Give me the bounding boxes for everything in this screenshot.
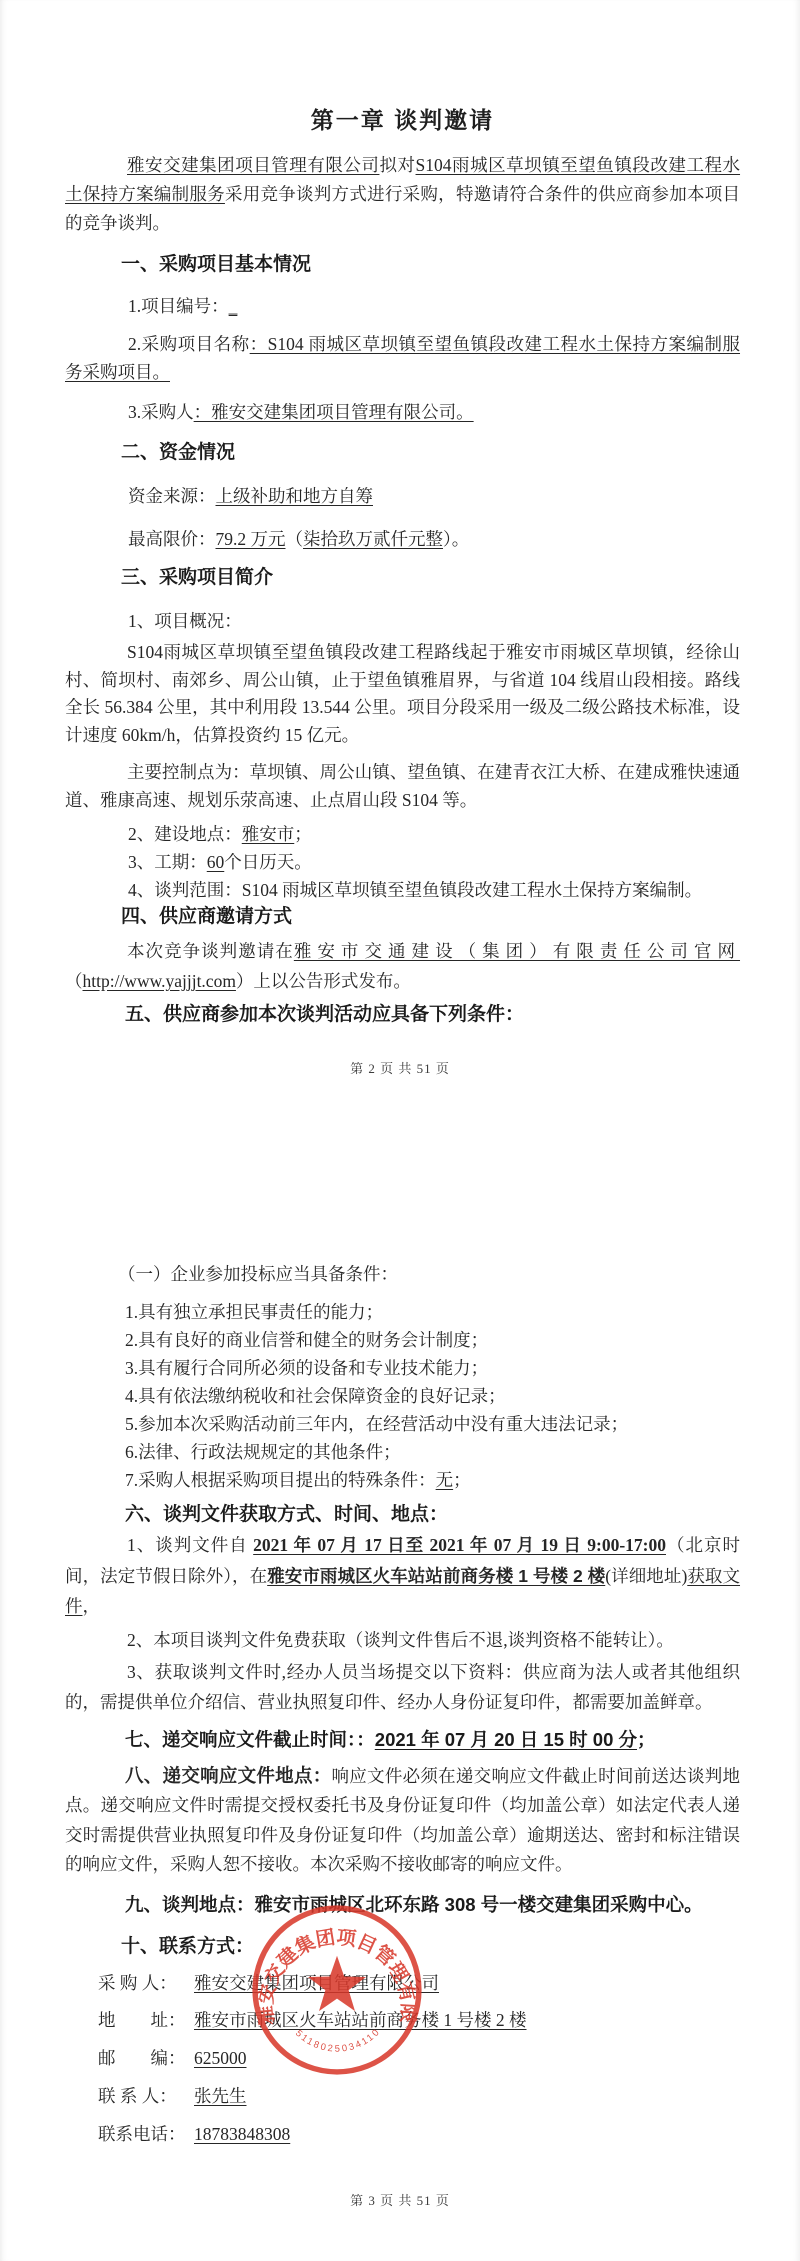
project-overview-paragraph: S104雨城区草坝镇至望鱼镇段改建工程路线起于雅安市雨城区草坝镇，经徐山村、简坝… [65, 639, 740, 749]
build-location-line: 2、建设地点：雅安市； [65, 820, 740, 848]
qualification-item-1: 1.具有独立承担民事责任的能力； [65, 1298, 740, 1326]
document-free-line: 2、本项目谈判文件免费获取（谈判文件售后不退,谈判资格不能转让）。 [65, 1626, 740, 1655]
document-page: 第一章 谈判邀请 雅安交建集团项目管理有限公司拟对S104雨城区草坝镇至望鱼镇段… [0, 0, 800, 2261]
section-7-heading: 七、递交响应文件截止时间：：2021 年 07 月 20 日 15 时 00 分… [65, 1727, 740, 1753]
page-2-footer: 第 2 页 共 51 页 [0, 1058, 800, 1077]
build-location-value: 雅安市 [242, 824, 295, 844]
price-limit-line: 最高限价：79.2 万元（柒拾玖万贰仟元整）。 [65, 525, 740, 553]
qualification-item-4: 4.具有依法缴纳税收和社会保障资金的良好记录； [65, 1382, 740, 1410]
qualification-item-7: 7.采购人根据采购项目提出的特殊条件：无； [65, 1466, 740, 1494]
section-9-heading: 九、谈判地点：雅安市雨城区北环东路 308 号一楼交建集团采购中心。 [65, 1892, 740, 1918]
contact-row-purchaser: 采 购 人：雅安交建集团项目管理有限公司 [98, 1970, 740, 1997]
purchaser-name: 雅安交建集团项目管理有限公司 [127, 155, 379, 175]
contact-person-value: 张先生 [194, 2086, 247, 2106]
price-limit-value: 79.2 万元 [216, 529, 286, 549]
project-number-line: 1.项目编号：_ [65, 292, 740, 320]
duration-value: 60 [207, 852, 225, 872]
special-condition-value: 无 [436, 1470, 454, 1490]
section-10-heading: 十、联系方式： [65, 1934, 740, 1960]
document-obtain-time-line: 1、谈判文件自 2021 年 07 月 17 日至 2021 年 07 月 19… [65, 1530, 740, 1622]
contact-address-value: 雅安市雨城区火车站站前商务楼 1 号楼 2 楼 [194, 2010, 527, 2030]
official-site-url: http://www.yajjjt.com [83, 971, 236, 991]
project-overview-label: 1、项目概况： [65, 607, 740, 635]
section-8-heading: 八、递交响应文件地点： [125, 1765, 332, 1786]
price-limit-chinese: 柒拾玖万贰仟元整 [303, 529, 443, 549]
negotiation-scope-line: 4、谈判范围：S104 雨城区草坝镇至望鱼镇段改建工程水土保持方案编制。 [65, 876, 740, 904]
chapter-title: 第一章 谈判邀请 [65, 102, 740, 135]
contact-phone-value: 18783848308 [194, 2124, 290, 2144]
contact-row-zipcode: 邮 编：625000 [98, 2045, 740, 2072]
deadline-value: 2021 年 07 月 20 日 15 时 00 分 [375, 1729, 637, 1750]
fund-source-line: 资金来源：上级补助和地方自筹 [65, 482, 740, 510]
contact-zipcode-value: 625000 [194, 2048, 247, 2068]
document-materials-line: 3、获取谈判文件时,经办人员当场提交以下资料：供应商为法人或者其他组织的，需提供… [65, 1657, 740, 1717]
project-number-value: _ [229, 296, 238, 316]
qualification-item-2: 2.具有良好的商业信誉和健全的财务会计制度； [65, 1326, 740, 1354]
section-2-heading: 二、资金情况 [65, 440, 740, 466]
section-8-paragraph: 八、递交响应文件地点：响应文件必须在递交响应文件截止时间前送达谈判地点。递交响应… [65, 1761, 740, 1880]
contact-row-phone: 联系电话：18783848308 [98, 2121, 740, 2148]
section-5-heading: 五、供应商参加本次谈判活动应具备下列条件： [65, 1002, 740, 1028]
project-name-line: 2.采购项目名称：S104 雨城区草坝镇至望鱼镇段改建工程水土保持方案编制服务采… [65, 330, 740, 386]
qualification-item-3: 3.具有履行合同所必须的设备和专业技术能力； [65, 1354, 740, 1382]
qualification-item-6: 6.法律、行政法规规定的其他条件； [65, 1438, 740, 1466]
obtain-address: 雅安市雨城区火车站站前商务楼 1 号楼 2 楼 [267, 1566, 605, 1586]
purchaser-line: 3.采购人：雅安交建集团项目管理有限公司。 [65, 398, 740, 426]
control-points-paragraph: 主要控制点为：草坝镇、周公山镇、望鱼镇、在建青衣江大桥、在建成雅快速通道、雅康高… [65, 759, 740, 814]
intro-paragraph: 雅安交建集团项目管理有限公司拟对S104雨城区草坝镇至望鱼镇段改建工程水土保持方… [65, 151, 740, 238]
page-3-footer: 第 3 页 共 51 页 [0, 2190, 800, 2209]
negotiation-place-value: 雅安市雨城区北环东路 308 号一楼交建集团采购中心。 [255, 1894, 703, 1915]
obtain-date-range: 2021 年 07 月 17 日至 2021 年 07 月 19 日 9:00-… [253, 1535, 666, 1555]
section-3-heading: 三、采购项目简介 [65, 565, 740, 591]
qualification-item-5: 5.参加本次采购活动前三年内，在经营活动中没有重大违法记录； [65, 1410, 740, 1438]
section-1-heading: 一、采购项目基本情况 [65, 252, 740, 278]
contact-row-address: 地 址：雅安市雨城区火车站站前商务楼 1 号楼 2 楼 [98, 2007, 740, 2034]
duration-line: 3、工期：60个日历天。 [65, 848, 740, 876]
purchaser-value: ：雅安交建集团项目管理有限公司。 [194, 402, 474, 422]
invitation-method-paragraph: 本次竞争谈判邀请在雅安市交通建设（集团）有限责任公司官网（http://www.… [65, 936, 740, 996]
qualification-subheading: （一）企业参加投标应当具备条件： [65, 1260, 740, 1288]
official-site-name: 雅安市交通建设（集团）有限责任公司官网 [294, 941, 740, 961]
section-4-heading: 四、供应商邀请方式 [65, 904, 740, 930]
contact-row-person: 联 系 人：张先生 [98, 2083, 740, 2110]
fund-source-value: 上级补助和地方自筹 [216, 486, 374, 506]
contact-purchaser-value: 雅安交建集团项目管理有限公司 [194, 1973, 439, 1993]
section-6-heading: 六、谈判文件获取方式、时间、地点： [65, 1502, 740, 1528]
